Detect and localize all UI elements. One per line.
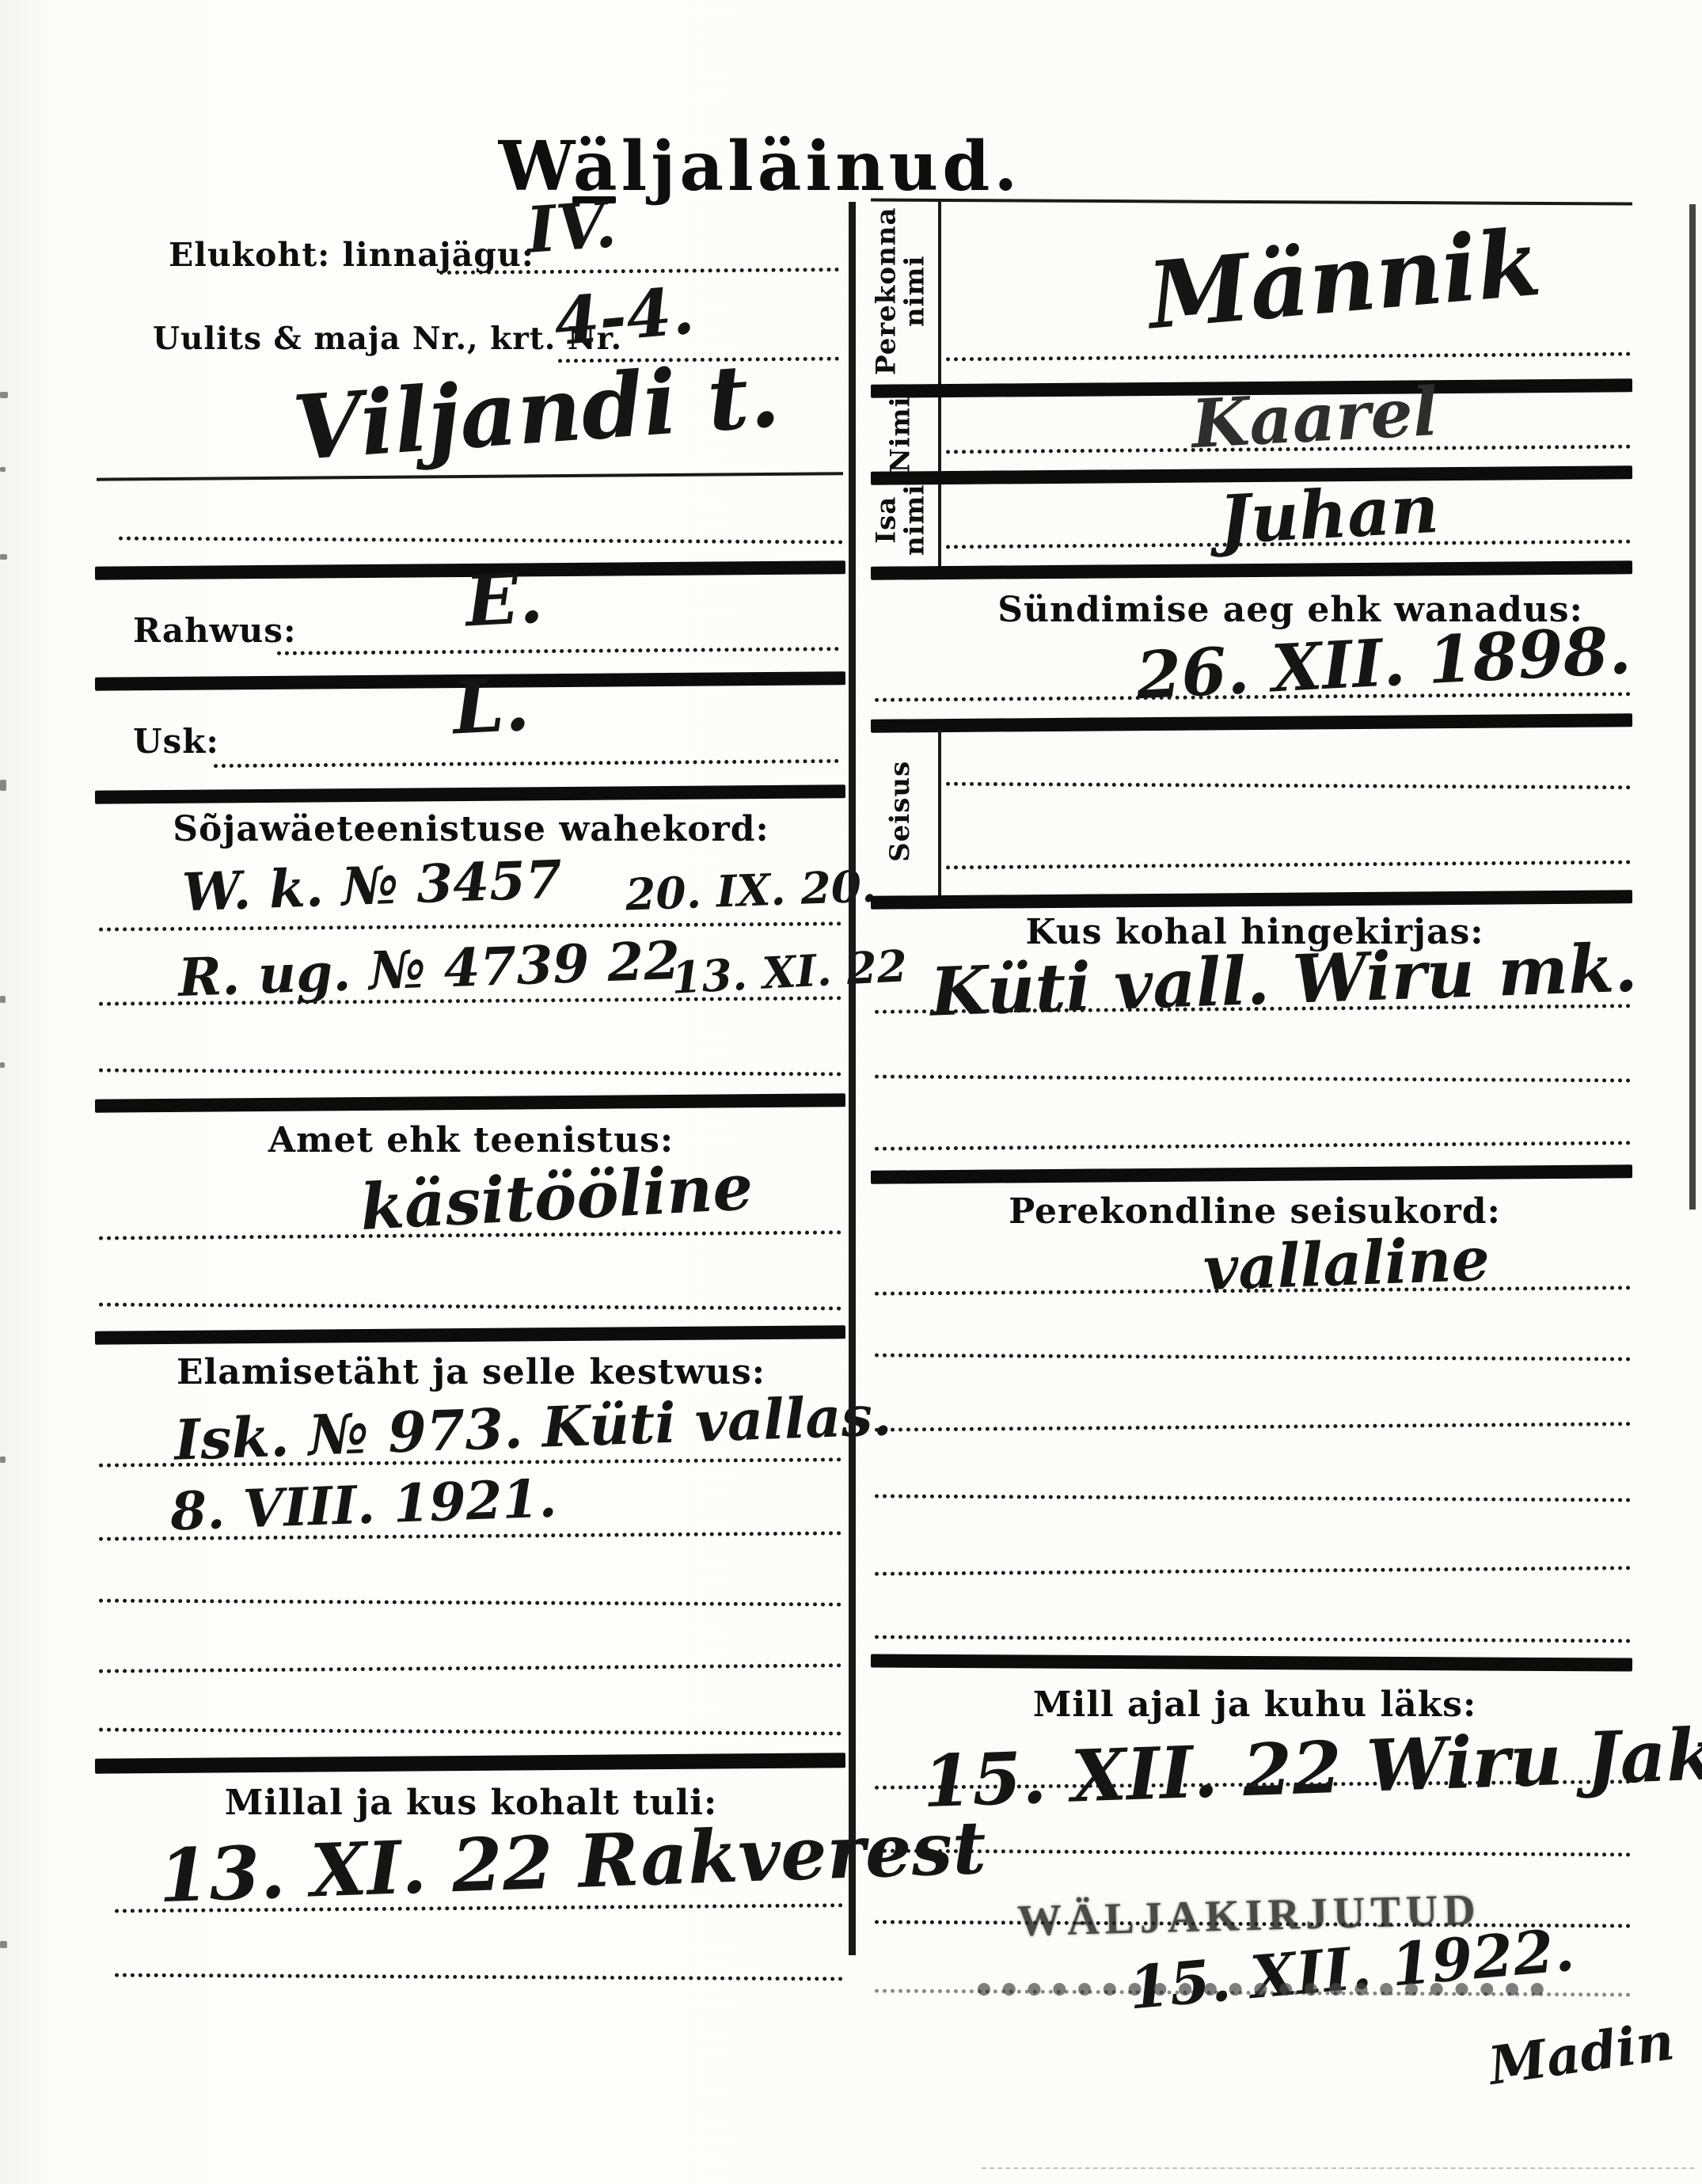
blank-line: [99, 1599, 842, 1607]
blank-line: [875, 1353, 1631, 1361]
scan-speck: [0, 1457, 6, 1463]
section-bar: [95, 1093, 845, 1112]
section-bar: [871, 1164, 1632, 1184]
elamisetaht-heading: Elamisetäht ja selle kestwus:: [103, 1352, 839, 1392]
perekonna-label-box: Perekonna nimi: [864, 207, 937, 375]
sojawae-row1-no: W. k. № 3457: [181, 849, 563, 924]
scan-bottom-edge: [982, 2167, 1694, 2169]
blank-line: [115, 1973, 843, 1981]
rahwus-line: [277, 647, 839, 655]
mill-ajal-value: 15. XII. 22 Wiru Jakobi: [921, 1708, 1702, 1824]
scan-speck: [0, 467, 6, 472]
sojawae-row1-date: 20. IX. 20.: [625, 860, 877, 920]
isa-label-box: Isa nimi: [864, 477, 937, 564]
elamisetaht-line2-value: 8. VIII. 1921.: [169, 1468, 558, 1543]
usk-label: Usk:: [133, 722, 219, 761]
blank-line: [875, 1635, 1631, 1643]
uulits-value: 4-4.: [551, 272, 697, 360]
perekondline-heading: Perekondline seisukord:: [875, 1191, 1635, 1232]
section-bar: [871, 1654, 1632, 1671]
blank-line: [99, 1069, 842, 1077]
section-bar: [871, 713, 1632, 733]
section-bar: [95, 1325, 845, 1344]
section-bar: [871, 890, 1632, 910]
blank-line: [875, 1848, 1631, 1856]
sojawae-line1: [99, 921, 842, 931]
uulits-label: Uulits & maja Nr., krt. Nr.: [153, 321, 622, 357]
blank-line: [946, 782, 1631, 790]
isa-label: Isa nimi: [872, 484, 929, 556]
sojawae-heading: Sõjawäeteenistuse wahekord:: [103, 809, 839, 849]
rahwus-label: Rahwus:: [133, 611, 296, 650]
seisus-label-box: Seisus: [864, 716, 937, 906]
seisus-label: Seisus: [887, 761, 915, 862]
label-separator: [938, 730, 941, 906]
blank-line: [875, 1422, 1631, 1432]
usk-line: [214, 759, 839, 768]
scan-speck: [0, 1062, 5, 1068]
street-value: Viljandi t.: [290, 344, 783, 481]
rahwus-value: E.: [463, 556, 545, 643]
section-bar: [871, 560, 1632, 580]
scan-speck: [0, 1941, 7, 1948]
nimi-label: Nimi: [887, 397, 915, 473]
registration-card-scan: Wäljaläinud. Elukoht: linnajägu: IV. Uul…: [0, 0, 1702, 2184]
scan-speck: [0, 996, 6, 1003]
perekonna-value: Männik: [1144, 209, 1545, 351]
blank-line: [875, 1141, 1631, 1151]
blank-line: [946, 860, 1631, 870]
scan-speck: [0, 780, 6, 791]
signature: Madin: [1485, 2010, 1678, 2097]
sojawae-row2-date: 13. XI. 22: [671, 940, 909, 1004]
elukoht-value: IV.: [524, 187, 619, 268]
section-bar: [95, 784, 845, 803]
blank-line: [875, 1074, 1631, 1082]
blank-line: [99, 1663, 842, 1673]
scan-speck: [0, 392, 8, 398]
sojawae-row2-no: R. ug. № 4739 22: [177, 929, 681, 1008]
column-divider: [849, 202, 856, 1955]
blank-line: [875, 1494, 1631, 1502]
blank-line: [99, 1728, 842, 1736]
perekonna-label: Perekonna nimi: [872, 207, 929, 376]
street-line: [97, 472, 843, 480]
amet-value: käsitööline: [359, 1149, 754, 1244]
section-bar: [95, 1753, 845, 1773]
elukoht-label: Elukoht: linnajägu:: [169, 236, 534, 274]
blank-line: [119, 537, 843, 545]
blank-line: [99, 1303, 842, 1311]
usk-value: L.: [450, 662, 531, 751]
blank-line: [875, 1566, 1631, 1576]
nimi-label-box: Nimi: [864, 400, 937, 469]
scan-speck: [0, 554, 7, 560]
perekonna-line: [946, 352, 1631, 362]
scan-edge: [1689, 204, 1696, 1210]
